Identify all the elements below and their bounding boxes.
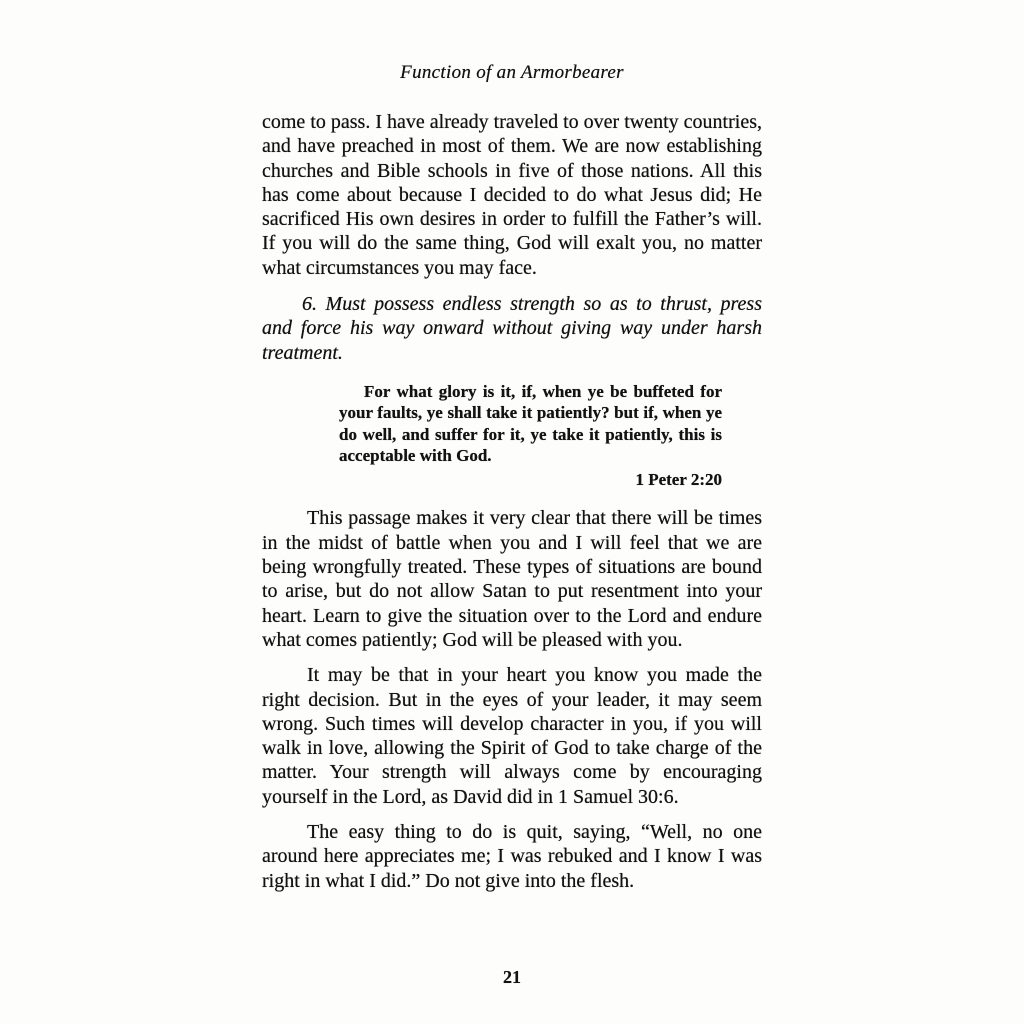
scripture-reference: 1 Peter 2:20	[339, 468, 722, 492]
scripture-quote: For what glory is it, if, when ye be buf…	[339, 381, 722, 466]
page-content: come to pass. I have already traveled to…	[262, 110, 762, 893]
numbered-point-6: 6. Must possess endless strength so as t…	[262, 292, 762, 365]
paragraph: It may be that in your heart you know yo…	[262, 663, 762, 809]
paragraph: The easy thing to do is quit, saying, “W…	[262, 820, 762, 893]
scripture-quote-text: For what glory is it, if, when ye be buf…	[339, 381, 722, 466]
paragraph: This passage makes it very clear that th…	[262, 506, 762, 652]
paragraph-continuation: come to pass. I have already traveled to…	[262, 110, 762, 280]
page-number: 21	[0, 967, 1024, 988]
running-header: Function of an Armorbearer	[0, 0, 1024, 84]
book-page: Function of an Armorbearer come to pass.…	[0, 0, 1024, 1024]
